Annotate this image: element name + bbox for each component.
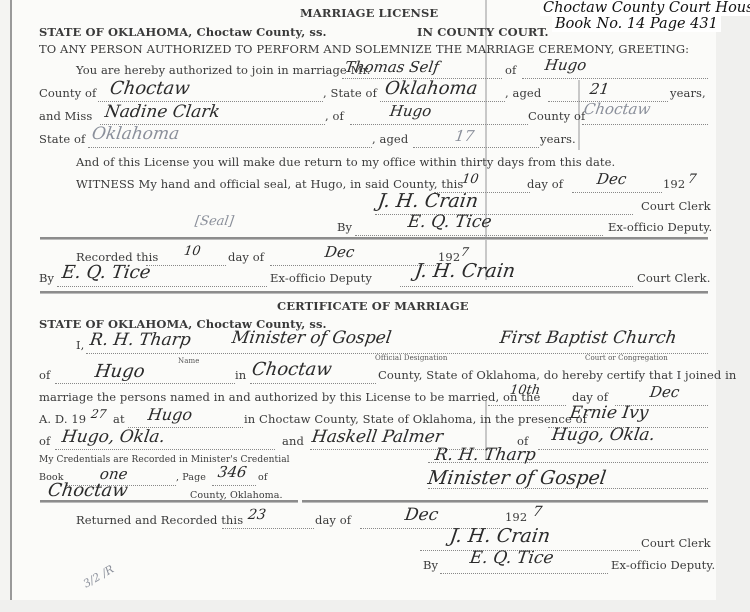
witness1-city: Hugo, Okla. <box>61 427 167 447</box>
minister-title: Minister of Gospel <box>426 467 607 489</box>
recorded-day-of-label: day of <box>228 250 264 264</box>
divider <box>302 500 708 503</box>
cert-day-of-label: day of <box>572 390 608 404</box>
ad-label: A. D. 19 <box>39 412 86 426</box>
witness-year-prefix: 192 <box>663 177 685 191</box>
recorded-day: 10 <box>183 244 202 259</box>
witness2-city-line <box>538 449 708 450</box>
cert-city-line <box>55 383 235 384</box>
returned-deputy-line <box>440 573 608 574</box>
witness-text: WITNESS My hand and official seal, at Hu… <box>76 177 463 191</box>
officiant-i-label: I, <box>76 338 84 352</box>
groom-name: Thomas Self <box>344 58 440 76</box>
return-text: And of this License you will make due re… <box>76 155 615 169</box>
witness-month-line <box>572 192 662 193</box>
cert-place: Hugo <box>147 405 194 424</box>
congregation-caption: Court or Congregation <box>585 354 668 362</box>
returned-day-line <box>222 528 314 529</box>
groom-age: 21 <box>589 80 611 98</box>
recorded-clerk-line <box>400 286 633 287</box>
credentials-of-label: of <box>258 472 267 483</box>
divider <box>40 291 708 294</box>
officiant-designation: Minister of Gospel <box>231 328 393 348</box>
officiant-name: R. H. Tharp <box>89 330 192 350</box>
bride-state-label: State of <box>39 132 85 146</box>
witness-day-of-label: day of <box>527 177 563 191</box>
bride-name: Nadine Clark <box>104 102 222 122</box>
license-state-line: STATE OF OKLAHOMA, Choctaw County, ss. <box>39 25 327 39</box>
recorded-deputy-label: Ex-officio Deputy <box>270 271 372 285</box>
married-text: marriage the persons named in and author… <box>39 390 540 404</box>
bride-aged-label: , aged <box>372 132 408 146</box>
groom-county: Choctaw <box>109 78 192 99</box>
clerk-signature: J. H. Crain <box>376 190 479 212</box>
credentials-county: Choctaw <box>47 480 130 501</box>
authorized-text: You are hereby authorized to join in mar… <box>76 63 371 77</box>
recorded-day-line <box>146 265 226 266</box>
clerk-label: Court Clerk <box>641 199 711 213</box>
groom-city: Hugo <box>544 56 588 74</box>
returned-by-label: By <box>423 558 438 572</box>
officiant-congregation: First Baptist Church <box>499 328 678 348</box>
license-greeting: TO ANY PERSON AUTHORIZED TO PERFORM AND … <box>39 42 689 56</box>
presence-text: in Choctaw County, State of Oklahoma, in… <box>244 412 587 426</box>
groom-county-label: County of <box>39 86 96 100</box>
credentials-page-line <box>212 485 256 486</box>
groom-state-label: , State of <box>323 86 377 100</box>
cert-county-line <box>250 383 376 384</box>
groom-state: Oklahoma <box>384 78 479 99</box>
cert-in-label: in <box>235 368 246 382</box>
credentials-page: 346 <box>217 463 248 481</box>
seal-mark: [Seal] <box>194 214 235 229</box>
witness2-city: Hugo, Okla. <box>551 425 657 445</box>
returned-deputy-label: Ex-officio Deputy. <box>611 558 715 572</box>
book-page-annotation: Book No. 14 Page 431 <box>552 16 721 32</box>
bride-city-line <box>350 124 528 125</box>
returned-deputy-signature: E. Q. Tice <box>469 548 555 568</box>
cert-of-label: of <box>39 368 50 382</box>
cert-day-line <box>488 405 566 406</box>
cert-county: Choctaw <box>251 359 334 380</box>
deputy-by-label: By <box>337 220 352 234</box>
groom-years-label: years, <box>670 86 706 100</box>
bride-state-line <box>88 147 372 148</box>
and-label: and <box>282 434 304 448</box>
groom-of-label: of <box>505 63 516 77</box>
license-title: MARRIAGE LICENSE <box>300 6 438 20</box>
witness1-city-line <box>55 449 275 450</box>
recorded-year-suffix: 7 <box>460 245 470 259</box>
divider <box>40 237 708 240</box>
returned-day-of-label: day of <box>315 513 351 527</box>
witness1-of-label: of <box>39 434 50 448</box>
divider <box>40 500 298 503</box>
recorded-month-line <box>270 265 436 266</box>
bride-of-label: , of <box>325 109 344 123</box>
bride-prefix: and Miss <box>39 109 92 123</box>
recorded-clerk-label: Court Clerk. <box>637 271 711 285</box>
scan-margin-right <box>716 0 750 612</box>
bride-age-line <box>413 147 539 148</box>
witness-month: Dec <box>596 170 628 188</box>
minister-signature: R. H. Tharp <box>434 445 537 465</box>
returned-month: Dec <box>404 505 440 525</box>
bride-city: Hugo <box>389 102 433 120</box>
witness2-name: Haskell Palmer <box>311 427 445 447</box>
recorded-deputy-line <box>57 286 267 287</box>
deputy-signature-line <box>355 235 603 236</box>
credentials-line1: My Credentials are Recorded in Minister'… <box>39 455 290 465</box>
returned-clerk-label: Court Clerk <box>641 536 711 550</box>
returned-label: Returned and Recorded this <box>76 513 243 527</box>
bride-county: Choctaw <box>583 100 652 118</box>
certify-text: County, State of Oklahoma, do hereby cer… <box>378 368 736 382</box>
returned-day: 23 <box>247 507 267 523</box>
bride-state: Oklahoma <box>91 124 181 144</box>
bride-years-label: years. <box>540 132 576 146</box>
courthouse-annotation: Choctaw County Court House <box>540 0 750 16</box>
groom-aged-label: , aged <box>505 86 541 100</box>
witness-day: 10 <box>461 172 480 187</box>
recorded-month: Dec <box>324 243 356 261</box>
returned-clerk-signature: J. H. Crain <box>448 525 551 547</box>
deputy-signature: E. Q. Tice <box>407 212 493 232</box>
bride-county-label: County of <box>528 109 585 123</box>
credentials-page-label: , Page <box>176 472 206 483</box>
deputy-label: Ex-officio Deputy. <box>608 220 712 234</box>
cert-day: 10th <box>509 383 541 398</box>
groom-city-line <box>522 78 708 79</box>
bride-age: 17 <box>454 127 476 145</box>
witness1-name: Ernie Ivy <box>569 403 650 423</box>
cert-at-label: at <box>113 412 125 426</box>
scan-margin-bottom <box>0 600 750 612</box>
certificate-title: CERTIFICATE OF MARRIAGE <box>277 299 469 313</box>
recorded-deputy-signature: E. Q. Tice <box>61 262 152 283</box>
cert-city: Hugo <box>94 361 147 382</box>
recorded-by-label: By <box>39 271 54 285</box>
license-court-line: IN COUNTY COURT. <box>417 25 549 39</box>
recorded-clerk-signature: J. H. Crain <box>413 260 516 282</box>
cert-month: Dec <box>649 383 681 401</box>
returned-year-prefix: 192 <box>505 510 527 524</box>
designation-caption: Official Designation <box>375 354 447 362</box>
name-caption: Name <box>178 357 199 365</box>
bride-county-line <box>582 124 708 125</box>
cert-year: 27 <box>90 407 107 421</box>
